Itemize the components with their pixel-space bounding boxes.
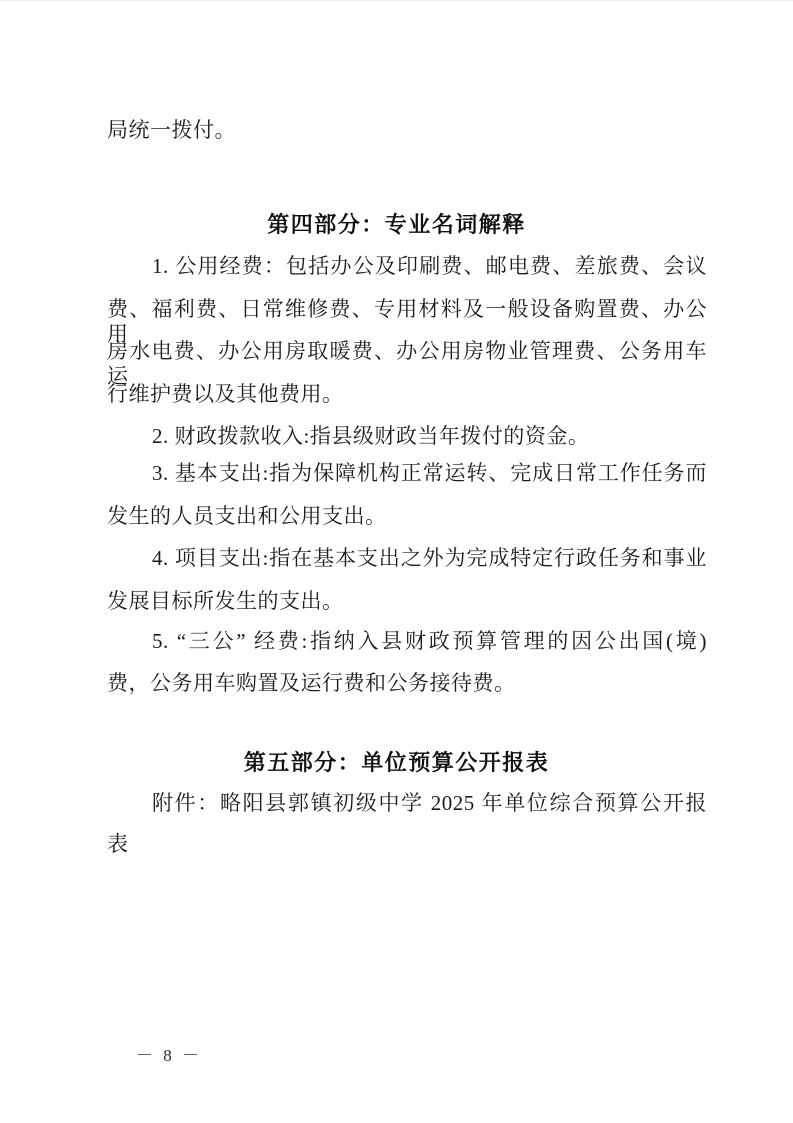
term4-line2: 发展目标所发生的支出。 <box>107 589 707 614</box>
term5-line1: 5. “三公” 经费:指纳入县财政预算管理的因公出国(境) <box>107 629 707 654</box>
page-number: － 8 － <box>136 1041 202 1066</box>
term3-line2: 发生的人员支出和公用支出。 <box>107 504 707 529</box>
term3-line1: 3. 基本支出:指为保障机构正常运转、完成日常工作任务而 <box>107 461 707 486</box>
term1-line1: 1. 公用经费：包括办公及印刷费、邮电费、差旅费、会议 <box>107 254 707 279</box>
term1-line4: 行维护费以及其他费用。 <box>107 382 707 407</box>
attachment-line1: 附件：略阳县郭镇初级中学 2025 年单位综合预算公开报 <box>107 791 707 816</box>
term2-line1: 2. 财政拨款收入:指县级财政当年拨付的资金。 <box>107 424 707 449</box>
term4-line1: 4. 项目支出:指在基本支出之外为完成特定行政任务和事业 <box>107 546 707 571</box>
document-page: 局统一拨付。 第四部分：专业名词解释 1. 公用经费：包括办公及印刷费、邮电费、… <box>0 0 793 1123</box>
continuation-paragraph-line: 局统一拨付。 <box>107 118 707 143</box>
attachment-line2: 表 <box>107 832 707 857</box>
section5-heading: 第五部分：单位预算公开报表 <box>0 746 793 777</box>
section4-heading: 第四部分：专业名词解释 <box>0 208 793 239</box>
term5-line2: 费，公务用车购置及运行费和公务接待费。 <box>107 671 707 696</box>
